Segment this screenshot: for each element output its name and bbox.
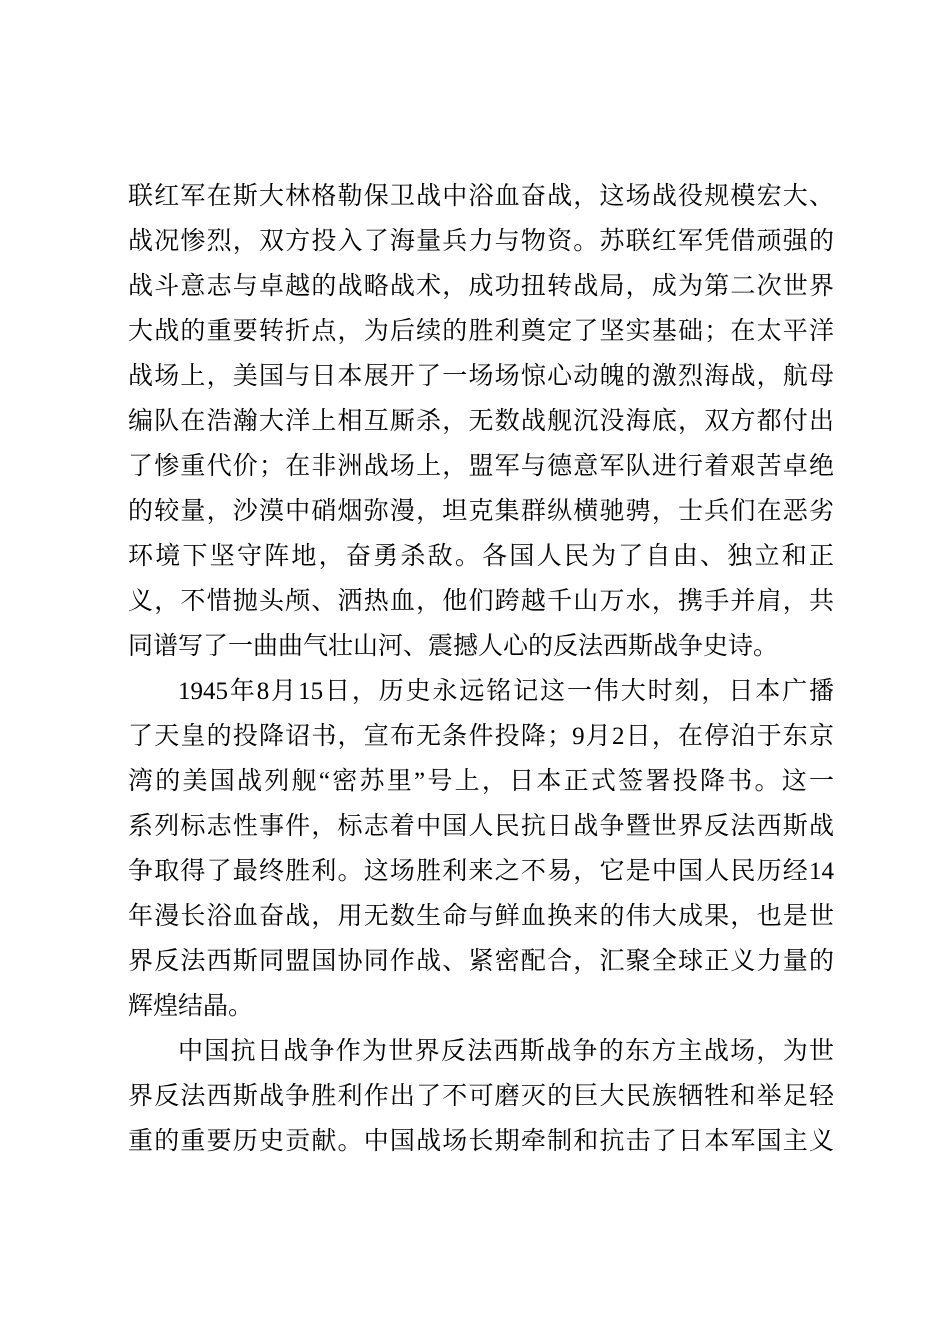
text-line: 界反法西斯战争胜利作出了不可磨灭的巨大民族牺牲和举足轻: [128, 1074, 834, 1119]
text-line: 义，不惜抛头颅、洒热血，他们跨越千山万水，携手并肩，共: [128, 579, 834, 624]
text-line: 联红军在斯大林格勒保卫战中浴血奋战，这场战役规模宏大、: [128, 174, 834, 219]
text-line: 年漫长浴血奋战，用无数生命与鲜血换来的伟大成果，也是世: [128, 894, 834, 939]
text-line: 编队在浩瀚大洋上相互厮杀，无数战舰沉没海底，双方都付出: [128, 399, 834, 444]
text-line: 中国抗日战争作为世界反法西斯战争的东方主战场，为世: [128, 1029, 834, 1074]
text-line: 系列标志性事件，标志着中国人民抗日战争暨世界反法西斯战: [128, 804, 834, 849]
text-line: 的较量，沙漠中硝烟弥漫，坦克集群纵横驰骋，士兵们在恶劣: [128, 489, 834, 534]
text-line: 争取得了最终胜利。这场胜利来之不易，它是中国人民历经14: [128, 849, 834, 894]
text-line: 了惨重代价；在非洲战场上，盟军与德意军队进行着艰苦卓绝: [128, 444, 834, 489]
text-line: 同谱写了一曲曲气壮山河、震撼人心的反法西斯战争史诗。: [128, 624, 834, 669]
text-line: 1945年8月15日，历史永远铭记这一伟大时刻，日本广播: [128, 669, 834, 714]
text-line: 战场上，美国与日本展开了一场场惊心动魄的激烈海战，航母: [128, 354, 834, 399]
text-line: 大战的重要转折点，为后续的胜利奠定了坚实基础；在太平洋: [128, 309, 834, 354]
text-line: 环境下坚守阵地，奋勇杀敌。各国人民为了自由、独立和正: [128, 534, 834, 579]
text-line: 了天皇的投降诏书，宣布无条件投降；9月2日，在停泊于东京: [128, 714, 834, 759]
paragraph: 1945年8月15日，历史永远铭记这一伟大时刻，日本广播了天皇的投降诏书，宣布无…: [128, 669, 834, 1029]
text-line: 界反法西斯同盟国协同作战、紧密配合，汇聚全球正义力量的: [128, 939, 834, 984]
document-body: 联红军在斯大林格勒保卫战中浴血奋战，这场战役规模宏大、战况惨烈，双方投入了海量兵…: [128, 174, 834, 1164]
document-page: 联红军在斯大林格勒保卫战中浴血奋战，这场战役规模宏大、战况惨烈，双方投入了海量兵…: [0, 0, 950, 1344]
text-line: 湾的美国战列舰“密苏里”号上，日本正式签署投降书。这一: [128, 759, 834, 804]
text-line: 辉煌结晶。: [128, 984, 834, 1029]
text-line: 战况惨烈，双方投入了海量兵力与物资。苏联红军凭借顽强的: [128, 219, 834, 264]
paragraph: 中国抗日战争作为世界反法西斯战争的东方主战场，为世界反法西斯战争胜利作出了不可磨…: [128, 1029, 834, 1164]
text-line: 战斗意志与卓越的战略战术，成功扭转战局，成为第二次世界: [128, 264, 834, 309]
paragraph: 联红军在斯大林格勒保卫战中浴血奋战，这场战役规模宏大、战况惨烈，双方投入了海量兵…: [128, 174, 834, 669]
text-line: 重的重要历史贡献。中国战场长期牵制和抗击了日本军国主义: [128, 1119, 834, 1164]
